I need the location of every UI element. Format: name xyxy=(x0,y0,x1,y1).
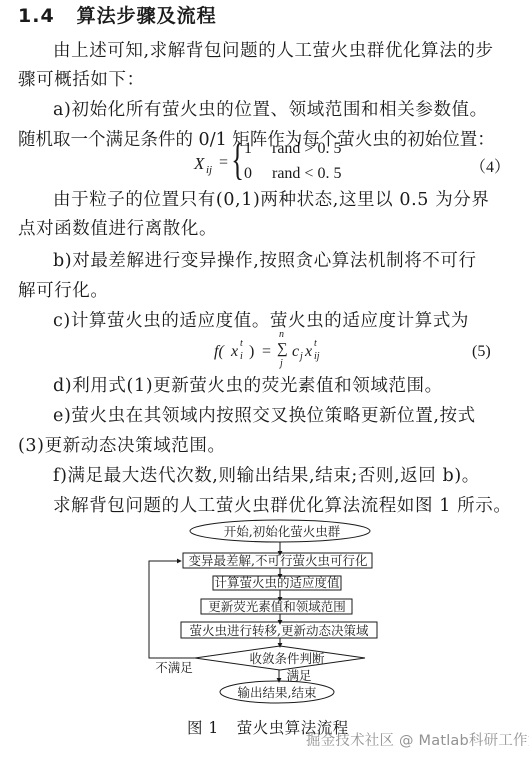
flowchart-step3-label: 更新荧光素值和领域范围 xyxy=(208,599,346,614)
figure-label: 图 1 xyxy=(187,719,219,737)
flowchart-step1-label: 变异最差解,不可行萤火虫可行化 xyxy=(189,553,368,568)
flowchart-step4-label: 萤火虫进行转移,更新动态决策域 xyxy=(190,623,369,638)
flowchart-step2-label: 计算萤火虫的适应度值 xyxy=(214,575,340,590)
flowchart: 开始,初始化萤火虫群 变异最差解,不可行萤火虫可行化 计算萤火虫的适应度值 更新… xyxy=(0,0,529,759)
loop-back-arrow xyxy=(149,561,195,658)
watermark: 掘金技术社区 @ Matlab科研工作室 xyxy=(306,729,529,750)
flowchart-start-label: 开始,初始化萤火虫群 xyxy=(224,524,341,539)
flowchart-yes-label: 满足 xyxy=(286,668,312,683)
flowchart-no-label: 不满足 xyxy=(155,660,193,675)
flowchart-end-label: 输出结果,结束 xyxy=(238,685,317,700)
flowchart-decision-label: 收敛条件判断 xyxy=(249,651,325,666)
